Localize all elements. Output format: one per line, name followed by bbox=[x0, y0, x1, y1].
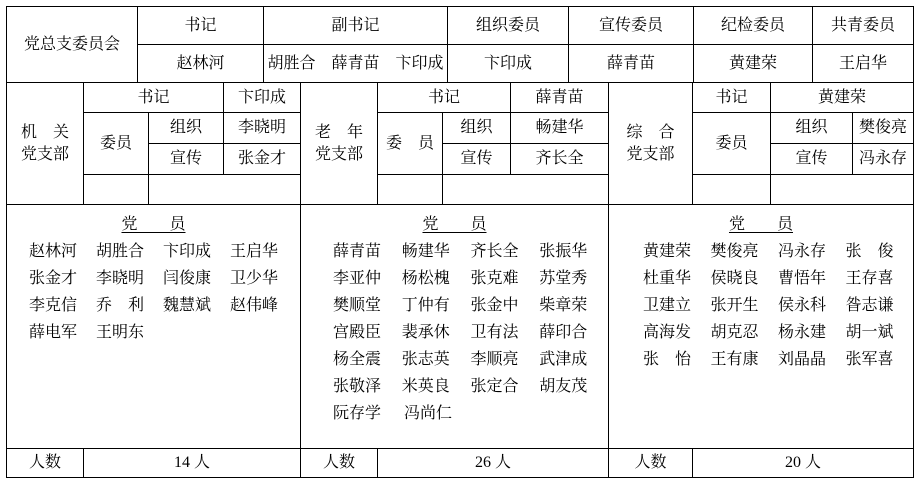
member-row: 薛青苗畅建华齐长全张振华 bbox=[301, 238, 608, 265]
member-name: 李晓明 bbox=[96, 265, 163, 292]
member-name: 张开生 bbox=[711, 292, 779, 319]
empty-cell bbox=[148, 174, 301, 205]
member-name: 昝志谦 bbox=[846, 292, 914, 319]
member-name: 薛电军 bbox=[29, 319, 96, 346]
publicity-role-cell: 宣传 bbox=[770, 143, 853, 175]
member-name: 苏堂秀 bbox=[539, 265, 608, 292]
secretary-title-cell: 书记 bbox=[377, 82, 511, 113]
committee-members-label-cell: 委 员 bbox=[377, 112, 443, 175]
position-names-cell: 胡胜合 薛青苗 卞印成 bbox=[263, 44, 448, 83]
org-role-cell: 组织 bbox=[148, 112, 224, 144]
member-name: 魏慧斌 bbox=[163, 292, 230, 319]
committee-title-cell: 党总支委员会 bbox=[6, 6, 138, 83]
position-title-cell: 组织委员 bbox=[447, 6, 569, 45]
members-panel: 党 员 薛青苗畅建华齐长全张振华 李亚仲杨松槐张克难苏堂秀 樊顺堂丁仲有张金中柴… bbox=[300, 204, 609, 449]
member-name: 侯晓良 bbox=[711, 265, 779, 292]
members-title: 党 员 bbox=[301, 212, 608, 238]
member-name: 刘晶晶 bbox=[778, 346, 846, 373]
members-panel: 党 员 黄建荣樊俊亮冯永存张 俊 杜重华侯晓良曹悟年王存喜 卫建立张开生侯永科昝… bbox=[608, 204, 914, 449]
member-name: 樊俊亮 bbox=[711, 238, 779, 265]
member-name: 张定合 bbox=[471, 373, 540, 400]
member-name: 米英良 bbox=[402, 373, 471, 400]
committee-members-label-cell: 委员 bbox=[83, 112, 149, 175]
branch-name-top: 综 合 bbox=[626, 122, 674, 144]
org-chart-table: 党总支委员会 书记 赵林河 副书记 胡胜合 薛青苗 卞印成 组织委员 卞印成 宣… bbox=[0, 0, 920, 482]
member-name: 樊顺堂 bbox=[333, 292, 402, 319]
publicity-name-cell: 张金才 bbox=[223, 143, 301, 175]
publicity-name-cell: 冯永存 bbox=[852, 143, 914, 175]
member-row: 李克信乔 利魏慧斌赵伟峰 bbox=[7, 292, 300, 319]
member-name: 黄建荣 bbox=[643, 238, 711, 265]
member-name: 胡克忍 bbox=[711, 319, 779, 346]
member-row: 阮存学冯尚仁 bbox=[301, 400, 608, 427]
count-value-cell: 26 人 bbox=[377, 448, 609, 478]
branch-name-bottom: 党支部 bbox=[21, 144, 69, 166]
org-name-cell: 畅建华 bbox=[510, 112, 609, 144]
org-name-cell: 李晓明 bbox=[223, 112, 301, 144]
member-row: 李亚仲杨松槐张克难苏堂秀 bbox=[301, 265, 608, 292]
member-name: 闫俊康 bbox=[163, 265, 230, 292]
member-name: 张军喜 bbox=[846, 346, 914, 373]
members-title: 党 员 bbox=[7, 212, 300, 238]
member-name: 畅建华 bbox=[402, 238, 471, 265]
member-name: 阮存学 bbox=[333, 400, 404, 427]
member-row: 高海发胡克忍杨永建胡一斌 bbox=[609, 319, 913, 346]
member-name: 张志英 bbox=[402, 346, 471, 373]
empty-cell bbox=[442, 174, 609, 205]
member-name: 王有康 bbox=[711, 346, 779, 373]
empty-cell bbox=[83, 174, 149, 205]
member-name: 胡胜合 bbox=[96, 238, 163, 265]
member-name: 卫建立 bbox=[643, 292, 711, 319]
member-name: 张 俊 bbox=[846, 238, 914, 265]
member-name: 卫少华 bbox=[230, 265, 297, 292]
member-row: 张敬泽米英良张定合胡友茂 bbox=[301, 373, 608, 400]
position-names-cell: 薛青苗 bbox=[568, 44, 694, 83]
member-name: 乔 利 bbox=[96, 292, 163, 319]
member-name: 宫殿臣 bbox=[333, 319, 402, 346]
branch-name-cell: 机 关 党支部 bbox=[6, 82, 84, 205]
member-name: 胡友茂 bbox=[539, 373, 608, 400]
position-title-cell: 副书记 bbox=[263, 6, 448, 45]
member-name: 李克信 bbox=[29, 292, 96, 319]
org-role-cell: 组织 bbox=[442, 112, 511, 144]
member-name: 卞印成 bbox=[163, 238, 230, 265]
empty-cell bbox=[770, 174, 914, 205]
member-row: 薛电军王明东 bbox=[7, 319, 300, 346]
position-title-cell: 书记 bbox=[137, 6, 264, 45]
member-row: 黄建荣樊俊亮冯永存张 俊 bbox=[609, 238, 913, 265]
branch-name-top: 机 关 bbox=[21, 122, 69, 144]
member-name: 卫有法 bbox=[471, 319, 540, 346]
member-name: 薛印合 bbox=[539, 319, 608, 346]
org-name-cell: 樊俊亮 bbox=[852, 112, 914, 144]
branch-name-cell: 老 年 党支部 bbox=[300, 82, 378, 205]
secretary-name-cell: 黄建荣 bbox=[770, 82, 914, 113]
count-value-cell: 14 人 bbox=[83, 448, 301, 478]
position-names-cell: 赵林河 bbox=[137, 44, 264, 83]
member-name: 冯尚仁 bbox=[404, 400, 475, 427]
position-names-cell: 王启华 bbox=[812, 44, 914, 83]
member-name: 王明东 bbox=[96, 319, 163, 346]
member-name: 杨全震 bbox=[333, 346, 402, 373]
secretary-title-cell: 书记 bbox=[83, 82, 224, 113]
member-name: 高海发 bbox=[643, 319, 711, 346]
branch-name-bottom: 党支部 bbox=[626, 144, 674, 166]
publicity-name-cell: 齐长全 bbox=[510, 143, 609, 175]
branch-name-bottom: 党支部 bbox=[315, 144, 363, 166]
position-names-cell: 卞印成 bbox=[447, 44, 569, 83]
branch-name-top: 老 年 bbox=[315, 122, 363, 144]
count-value-cell: 20 人 bbox=[692, 448, 914, 478]
count-label-cell: 人数 bbox=[608, 448, 693, 478]
member-name: 张 怡 bbox=[643, 346, 711, 373]
member-name: 柴章荣 bbox=[539, 292, 608, 319]
member-row: 杨全震张志英李顺亮武津成 bbox=[301, 346, 608, 373]
member-name: 齐长全 bbox=[471, 238, 540, 265]
member-name: 张振华 bbox=[539, 238, 608, 265]
member-name: 张金中 bbox=[471, 292, 540, 319]
position-names-cell: 黄建荣 bbox=[693, 44, 813, 83]
member-row: 宫殿臣裴承休卫有法薛印合 bbox=[301, 319, 608, 346]
position-title-cell: 宣传委员 bbox=[568, 6, 694, 45]
empty-cell bbox=[377, 174, 443, 205]
members-title: 党 员 bbox=[609, 212, 913, 238]
member-name: 武津成 bbox=[539, 346, 608, 373]
member-name: 冯永存 bbox=[778, 238, 846, 265]
empty-cell bbox=[692, 174, 771, 205]
member-row: 张金才李晓明闫俊康卫少华 bbox=[7, 265, 300, 292]
member-name: 李亚仲 bbox=[333, 265, 402, 292]
count-label-cell: 人数 bbox=[6, 448, 84, 478]
publicity-role-cell: 宣传 bbox=[148, 143, 224, 175]
secretary-title-cell: 书记 bbox=[692, 82, 771, 113]
member-name: 侯永科 bbox=[778, 292, 846, 319]
member-row: 樊顺堂丁仲有张金中柴章荣 bbox=[301, 292, 608, 319]
member-name: 薛青苗 bbox=[333, 238, 402, 265]
member-row: 张 怡王有康刘晶晶张军喜 bbox=[609, 346, 913, 373]
member-name: 张克难 bbox=[471, 265, 540, 292]
member-name: 杨松槐 bbox=[402, 265, 471, 292]
publicity-role-cell: 宣传 bbox=[442, 143, 511, 175]
member-name: 曹悟年 bbox=[778, 265, 846, 292]
count-label-cell: 人数 bbox=[300, 448, 378, 478]
member-name: 张敬泽 bbox=[333, 373, 402, 400]
member-name: 赵林河 bbox=[29, 238, 96, 265]
member-name: 裴承休 bbox=[402, 319, 471, 346]
member-name: 丁仲有 bbox=[402, 292, 471, 319]
member-name: 赵伟峰 bbox=[230, 292, 297, 319]
member-name: 胡一斌 bbox=[846, 319, 914, 346]
secretary-name-cell: 薛青苗 bbox=[510, 82, 609, 113]
position-title-cell: 共青委员 bbox=[812, 6, 914, 45]
member-row: 杜重华侯晓良曹悟年王存喜 bbox=[609, 265, 913, 292]
member-name: 张金才 bbox=[29, 265, 96, 292]
member-name: 王存喜 bbox=[846, 265, 914, 292]
member-name: 李顺亮 bbox=[471, 346, 540, 373]
branch-name-cell: 综 合 党支部 bbox=[608, 82, 693, 205]
member-name: 杜重华 bbox=[643, 265, 711, 292]
member-name: 杨永建 bbox=[778, 319, 846, 346]
secretary-name-cell: 卞印成 bbox=[223, 82, 301, 113]
members-panel: 党 员 赵林河胡胜合卞印成王启华 张金才李晓明闫俊康卫少华 李克信乔 利魏慧斌赵… bbox=[6, 204, 301, 449]
committee-members-label-cell: 委员 bbox=[692, 112, 771, 175]
member-row: 赵林河胡胜合卞印成王启华 bbox=[7, 238, 300, 265]
org-role-cell: 组织 bbox=[770, 112, 853, 144]
member-name: 王启华 bbox=[230, 238, 297, 265]
position-title-cell: 纪检委员 bbox=[693, 6, 813, 45]
member-row: 卫建立张开生侯永科昝志谦 bbox=[609, 292, 913, 319]
